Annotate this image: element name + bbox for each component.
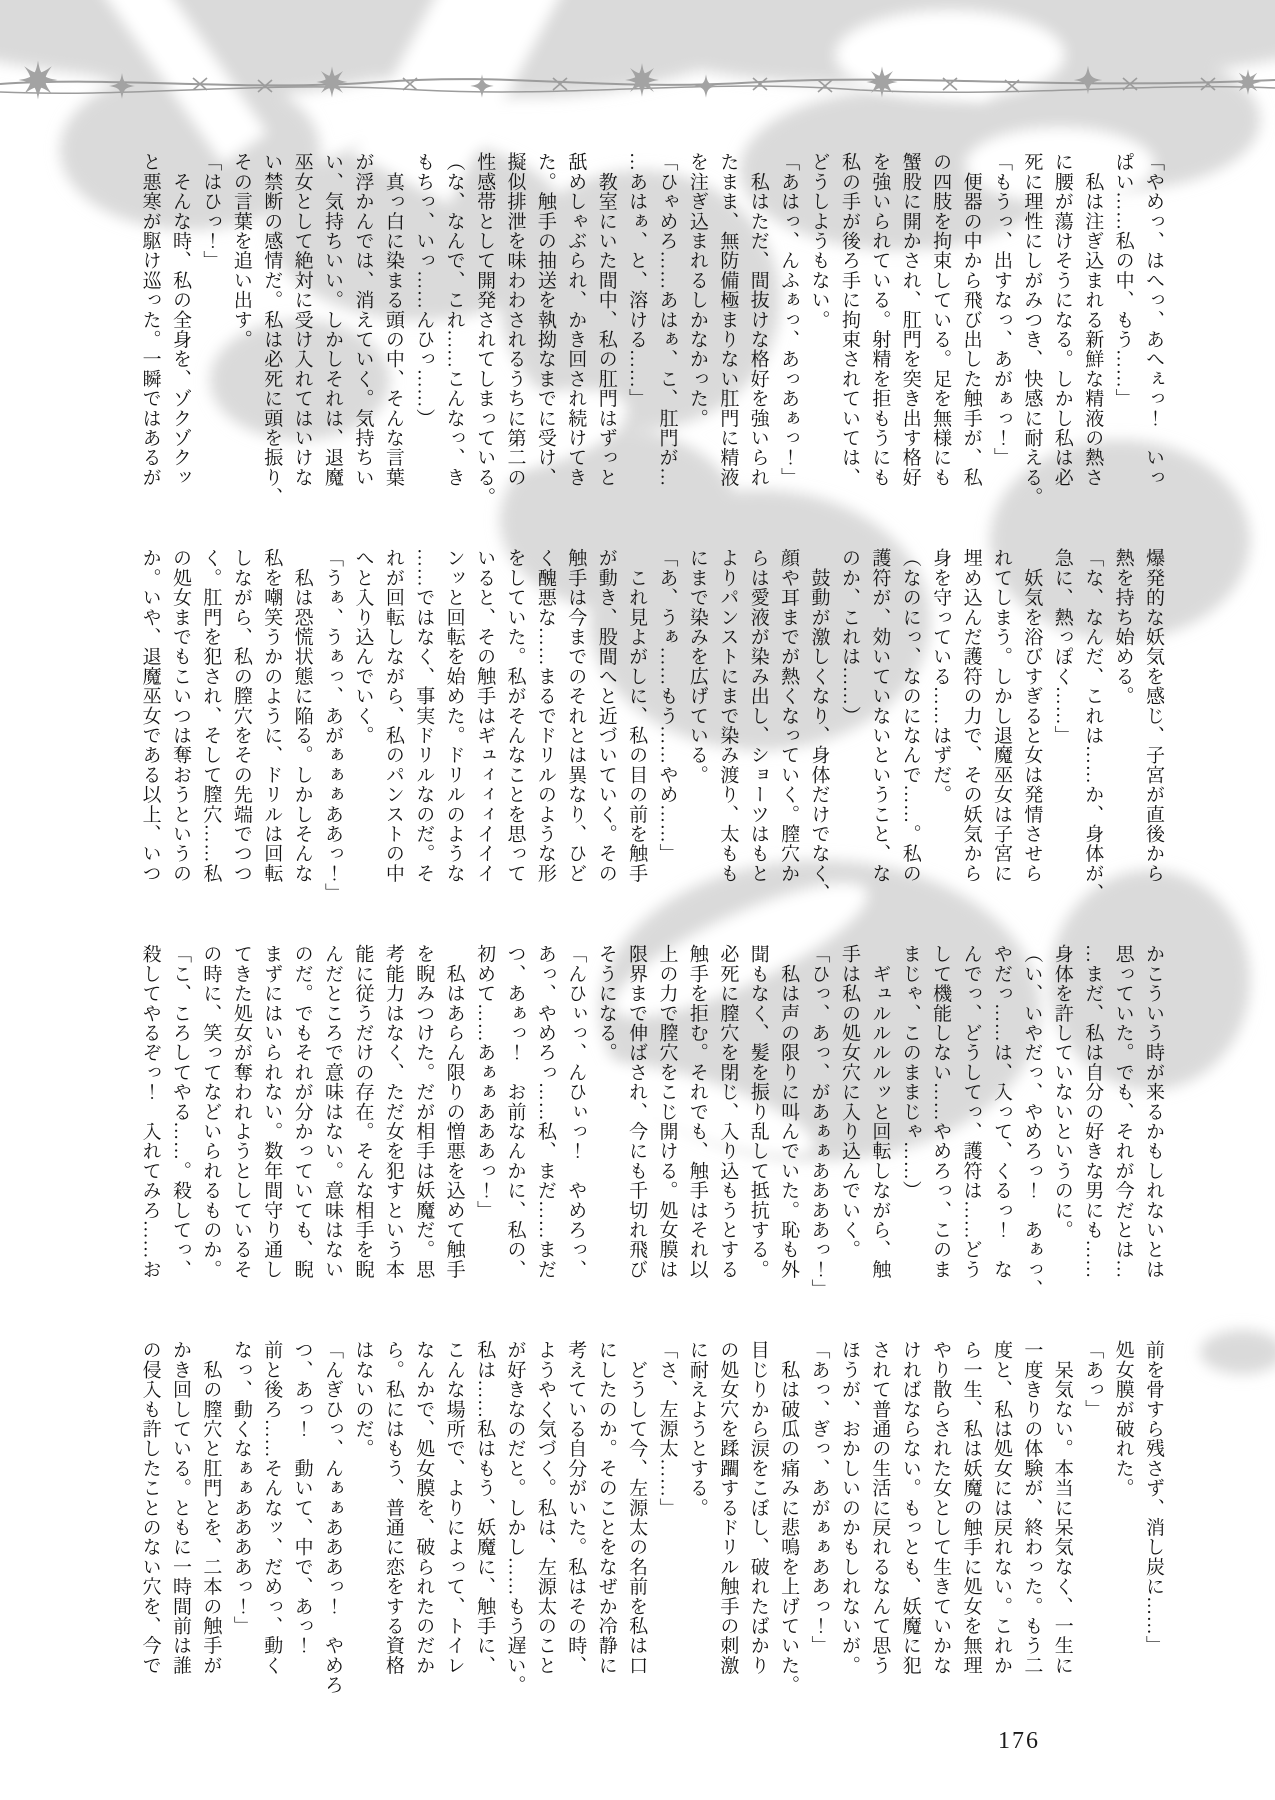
text-column: よりパンストにまで染み渡り、太もも — [712, 548, 742, 904]
text-column: らは愛液が染み出し、ショーツはもと — [742, 548, 772, 904]
text-column: 初めて……あぁぁあああっ！」 — [469, 944, 499, 1300]
text-column: かき回している。ともに一時間前は誰 — [165, 1340, 195, 1696]
text-column: 私の手が後ろ手に拘束されていては、 — [834, 152, 864, 508]
text-column: 前を骨すら残さず、消し炭に……」 — [1138, 1340, 1168, 1696]
text-column: く。肛門を犯され、そして膣穴……私 — [195, 548, 225, 904]
text-column: 「あはっ、んふぁっ、あっあぁっ！」 — [773, 152, 803, 508]
text-column: ようやく気づく。私は、左源太のこと — [529, 1340, 559, 1696]
page-number: 176 — [998, 1728, 1040, 1755]
text-column: 私は声の限りに叫んでいた。恥も外 — [773, 944, 803, 1300]
text-column: 殺してやるぞっ！ 入れてみろ……お — [134, 944, 164, 1300]
text-column: 前と後ろ……そんなッ、だめっ、動く — [256, 1340, 286, 1696]
text-column: 舐めしゃぶられ、かき回され続けてき — [560, 152, 590, 508]
text-column: へと入り込んでいく。 — [347, 548, 377, 904]
text-column: 教室にいた間中、私の肛門はずっと — [590, 152, 620, 508]
text-column: 必死に膣穴を閉じ、入り込もうとする — [712, 944, 742, 1300]
text-column: んでっ、どうしてっ、護符は……どう — [955, 944, 985, 1300]
text-column: んだところで意味はない。意味はない — [317, 944, 347, 1300]
text-column: （なのにっ、なのになんで……。私の — [894, 548, 924, 904]
text-column: その言葉を追い出す。 — [225, 152, 255, 508]
text-column: が動き、股間へと近づいていく。その — [590, 548, 620, 904]
text-column: 身を守っている……はずだ。 — [925, 548, 955, 904]
text-column: 身体を許していないというのに。 — [1046, 944, 1076, 1300]
text-column: つ、あぁっ！ お前なんかに、私の、 — [499, 944, 529, 1300]
text-column: どうして今、左源太の名前を私は口 — [621, 1340, 651, 1696]
text-column: そうになる。 — [590, 944, 620, 1300]
text-column: 爆発的な妖気を感じ、子宮が直後から — [1138, 548, 1168, 904]
text-column: 便器の中から飛び出した触手が、私 — [955, 152, 985, 508]
text-column: の処女までもこいつは奪おうというの — [165, 548, 195, 904]
text-column: の処女穴を蹂躙するドリル触手の刺激 — [712, 1340, 742, 1696]
text-column: こんな場所で、よりによって、トイレ — [438, 1340, 468, 1696]
text-column: 「はひっ！」 — [195, 152, 225, 508]
text-band-3: かこういう時が来るかもしれないとは思っていた。でも、それが今だとは……まだ、私は… — [108, 944, 1168, 1300]
text-column: 思っていた。でも、それが今だとは… — [1107, 944, 1137, 1300]
text-column: はないのだ。 — [347, 1340, 377, 1696]
text-column: 「あっ、ぎっ、あがぁぁああっ！」 — [803, 1340, 833, 1696]
text-column: かこういう時が来るかもしれないとは — [1138, 944, 1168, 1300]
text-column: 上の力で膣穴をこじ開ける。処女膜は — [651, 944, 681, 1300]
text-column: しながら、私の膣穴をその先端でつつ — [225, 548, 255, 904]
text-column: に耐えようとする。 — [682, 1340, 712, 1696]
text-column: なんかで、処女膜を、破られたのだか — [408, 1340, 438, 1696]
text-column: 「さ、左源太……」 — [651, 1340, 681, 1696]
text-column: 埋め込んだ護符の力で、その妖気から — [955, 548, 985, 904]
text-column: をしていた。私がそんなことを思って — [499, 548, 529, 904]
novel-page: 「やめっ、はへっ、あへぇっ！ いっぱい……私の中、もう……」 私は注ぎ込まれる新… — [0, 0, 1275, 1800]
text-column: ら。私にはもう、普通に恋をする資格 — [377, 1340, 407, 1696]
text-column: 私はあらん限りの憎悪を込めて触手 — [438, 944, 468, 1300]
text-column: ければならない。もっとも、妖魔に犯 — [894, 1340, 924, 1696]
text-column: 「ひっ、あっ、があぁぁああああっ！」 — [803, 944, 833, 1300]
text-column: されて普通の生活に戻れるなんて思う — [864, 1340, 894, 1696]
text-column: たまま、無防備極まりない肛門に精液 — [712, 152, 742, 508]
text-column: のか、これは……） — [834, 548, 864, 904]
text-column: やり散らされた女として生きていかな — [925, 1340, 955, 1696]
text-column: の侵入も許したことのない穴を、今で — [134, 1340, 164, 1696]
text-column: が好きなのだと。しかし……もう遅い。 — [499, 1340, 529, 1696]
text-column: と悪寒が駆け巡った。一瞬ではあるが — [134, 152, 164, 508]
text-column: か。いや、退魔巫女である以上、いつ — [134, 548, 164, 904]
text-column: 触手は今までのそれとは異なり、ひど — [560, 548, 590, 904]
text-column: ぱい……私の中、もう……」 — [1107, 152, 1137, 508]
text-column: 妖気を浴びすぎると女は発情させら — [1016, 548, 1046, 904]
text-column: そんな時、私の全身を、ゾクゾクッ — [165, 152, 195, 508]
text-column: を注ぎ込まれるしかなかった。 — [682, 152, 712, 508]
text-column: 鼓動が激しくなり、身体だけでなく、 — [803, 548, 833, 904]
text-column: を睨みつけた。だが相手は妖魔だ。思 — [408, 944, 438, 1300]
text-column: やだっ……は、入って、くるっ！ な — [986, 944, 1016, 1300]
text-column: 「ひゃめろ……あはぁ、こ、肛門が… — [651, 152, 681, 508]
text-column: 手は私の処女穴に入り込んでいく。 — [834, 944, 864, 1300]
text-column: もちっ、いっ……んひっ……） — [408, 152, 438, 508]
text-band-2: 爆発的な妖気を感じ、子宮が直後から熱を持ち始める。「な、なんだ、これは……か、身… — [108, 548, 1168, 904]
text-column: く醜悪な……まるでドリルのような形 — [529, 548, 559, 904]
text-column: を強いられている。射精を拒もうにも — [864, 152, 894, 508]
text-column: 顔や耳までが熱くなっていく。膣穴か — [773, 548, 803, 904]
text-column: 限界まで伸ばされ、今にも千切れ飛び — [621, 944, 651, 1300]
text-column: 考能力はなく、ただ女を犯すという本 — [377, 944, 407, 1300]
text-column: 熱を持ち始める。 — [1107, 548, 1137, 904]
text-column: 「やめっ、はへっ、あへぇっ！ いっ — [1138, 152, 1168, 508]
text-column: 護符が、効いていないということ、な — [864, 548, 894, 904]
text-column: 「あ、うぁ……もう……やめ……」 — [651, 548, 681, 904]
text-column: 私を嘲笑うかのように、ドリルは回転 — [256, 548, 286, 904]
text-column: が浮かんでは、消えていく。気持ちい — [347, 152, 377, 508]
text-column: 触手を拒む。それでも、触手はそれ以 — [682, 944, 712, 1300]
text-column: 目じりから涙をこぼし、破れたばかり — [742, 1340, 772, 1696]
text-column: これ見よがしに、私の目の前を触手 — [621, 548, 651, 904]
text-column: …あはぁ、と、溶ける……」 — [621, 152, 651, 508]
text-column: 私は注ぎ込まれる新鮮な精液の熱さ — [1077, 152, 1107, 508]
text-column: 考えている自分がいた。私はその時、 — [560, 1340, 590, 1696]
text-column: い禁断の感情だ。私は必死に頭を振り、 — [256, 152, 286, 508]
text-column: して機能しない……やめろっ、このま — [925, 944, 955, 1300]
text-column: （い、いやだっ、やめろっ！ あぁっ、 — [1016, 944, 1046, 1300]
text-column: 私は恐慌状態に陥る。しかしそんな — [286, 548, 316, 904]
text-column: どうしようもない。 — [803, 152, 833, 508]
text-column: にまで染みを広げている。 — [682, 548, 712, 904]
text-column: 急に、熱っぽく……」 — [1046, 548, 1076, 904]
text-column: つ、あっ！ 動いて、中で、あっ！ — [286, 1340, 316, 1696]
text-column: 真っ白に染まる頭の中、そんな言葉 — [377, 152, 407, 508]
text-column: （な、なんで、これ……こんなっ、き — [438, 152, 468, 508]
text-column: ギュルルルルッと回転しながら、触 — [864, 944, 894, 1300]
text-column: 「あっ」 — [1077, 1340, 1107, 1696]
text-column: れが回転しながら、私のパンストの中 — [377, 548, 407, 904]
text-column: 性感帯として開発されてしまっている。 — [469, 152, 499, 508]
text-column: た。触手の抽送を執拗なまでに受け、 — [529, 152, 559, 508]
text-column: 呆気ない。本当に呆気なく、一生に — [1046, 1340, 1076, 1696]
text-column: 私はただ、間抜けな格好を強いられ — [742, 152, 772, 508]
text-column: 一度きりの体験が、終わった。もう二 — [1016, 1340, 1046, 1696]
text-band-1: 「やめっ、はへっ、あへぇっ！ いっぱい……私の中、もう……」 私は注ぎ込まれる新… — [108, 152, 1168, 508]
text-column: 「な、なんだ、これは……か、身体が、 — [1077, 548, 1107, 904]
text-column: 能に従うだけの存在。そんな相手を睨 — [347, 944, 377, 1300]
text-column: てきた処女が奪われようとしているそ — [225, 944, 255, 1300]
text-column: いると、その触手はギュィィィイイイ — [469, 548, 499, 904]
text-column: ほうが、おかしいのかもしれないが。 — [834, 1340, 864, 1696]
text-column: なっ、動くなぁぁああああっ！」 — [225, 1340, 255, 1696]
text-column: ……ではなく、事実ドリルなのだ。そ — [408, 548, 438, 904]
text-column: 擬似排泄を味わわされるうちに第二の — [499, 152, 529, 508]
text-column: の四肢を拘束している。足を無様にも — [925, 152, 955, 508]
text-column: にしたのか。そのことをなぜか冷静に — [590, 1340, 620, 1696]
text-column: 「もうっ、出すなっ、あがぁっ！」 — [986, 152, 1016, 508]
text-band-4: 前を骨すら残さず、消し炭に……」処女膜が破れた。「あっ」 呆気ない。本当に呆気な… — [108, 1340, 1168, 1696]
text-column: ンッと回転を始めた。ドリルのような — [438, 548, 468, 904]
text-column: 私は……私はもう、妖魔に、触手に、 — [469, 1340, 499, 1696]
text-column: 巫女として絶対に受け入れてはいけな — [286, 152, 316, 508]
text-column: 度と、私は処女には戻れない。これか — [986, 1340, 1016, 1696]
text-column: い、気持ちいい。しかしそれは、退魔 — [317, 152, 347, 508]
text-column: ら一生、私は妖魔の触手に処女を無理 — [955, 1340, 985, 1696]
text-column: 私の膣穴と肛門とを、二本の触手が — [195, 1340, 225, 1696]
text-column: まじゃ、このままじゃ……） — [894, 944, 924, 1300]
text-column: 私は破瓜の痛みに悲鳴を上げていた。 — [773, 1340, 803, 1696]
text-column: まずにはいられない。数年間守り通し — [256, 944, 286, 1300]
text-column: 死に理性にしがみつき、快感に耐える。 — [1016, 152, 1046, 508]
text-column: 処女膜が破れた。 — [1107, 1340, 1137, 1696]
text-column: 「うぁ、うぁっ、あがぁぁぁああっ！」 — [317, 548, 347, 904]
text-column: …まだ、私は自分の好きな男にも…… — [1077, 944, 1107, 1300]
text-column: 蟹股に開かされ、肛門を突き出す格好 — [894, 152, 924, 508]
text-column: 「こ、ころしてやる……。殺してっ、 — [165, 944, 195, 1300]
text-column: れてしまう。しかし退魔巫女は子宮に — [986, 548, 1016, 904]
text-column: のだ。でもそれが分かっていても、睨 — [286, 944, 316, 1300]
text-column: に腰が蕩けそうになる。しかし私は必 — [1046, 152, 1076, 508]
text-column: あっ、やめろっ……私、まだ……まだ — [529, 944, 559, 1300]
text-column: 「んひぃっ、んひぃっ！ やめろっ、 — [560, 944, 590, 1300]
text-column: 聞もなく、髪を振り乱して抵抗する。 — [742, 944, 772, 1300]
text-column: 「んぎひっ、んぁぁあああっ！ やめろ — [317, 1340, 347, 1696]
text-column: の時に、笑ってなどいられるものか。 — [195, 944, 225, 1300]
